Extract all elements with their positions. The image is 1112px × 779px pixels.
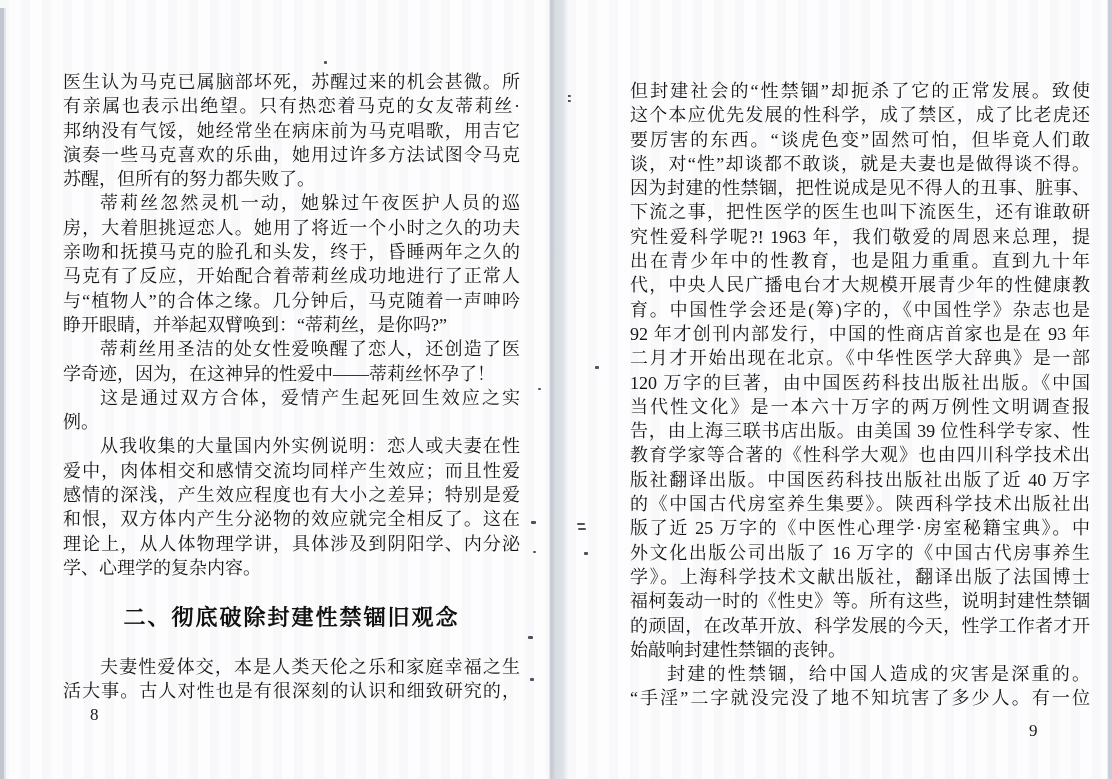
text-line: 学奇迹，因为，在这神异的性爱中——蒂莉丝怀孕了！ (63, 362, 520, 386)
text-line: 蒂莉丝忽然灵机一动，她躲过午夜医护人员的巡 (63, 191, 520, 215)
scan-speck (584, 552, 588, 555)
text-line: 的顽固，在改革开放、科学发展的今天，性学工作者才开 (630, 614, 1090, 638)
book-gutter-shadow (549, 0, 568, 779)
text-line: 夫妻性爱体交，本是人类天伦之乐和家庭幸福之生 (63, 655, 520, 679)
text-line: 从我收集的大量国内外实例说明：恋人或夫妻在性 (63, 434, 520, 458)
text-line: 版社翻译出版。中国医药科技出版社出版了近 40 万字 (630, 468, 1090, 492)
text-line: 医生认为马克已属脑部坏死，苏醒过来的机会甚微。所 (63, 70, 520, 94)
text-line: 版了近 25 万字的《中医性心理学·房室秘籍宝典》。中 (630, 516, 1090, 540)
text-line: 92 年才创刊内部发行，中国的性商店首家也是在 93 年 (630, 322, 1090, 346)
text-line: 始敲响封建性禁锢的丧钟。 (630, 638, 1090, 662)
scan-speck (538, 388, 541, 390)
text-line: 究性爱科学呢?! 1963 年，我们敬爱的周恩来总理，提 (630, 225, 1090, 249)
text-line: 活大事。古人对性也是有很深刻的认识和细致研究的， (63, 679, 520, 703)
text-line: 因为封建的性禁锢，把性说成是见不得人的丑事、脏事、 (630, 176, 1090, 200)
text-line: 下流之事，把性医学的医生也叫下流医生，还有谁敢研 (630, 200, 1090, 224)
text-line: 告，由上海三联书店出版。由美国 39 位性科学专家、性 (630, 419, 1090, 443)
text-line: 二月才开始出现在北京。《中华性医学大辞典》是一部 (630, 346, 1090, 370)
text-line: 谈，对“性”却谈都不敢谈，就是夫妻也是做得谈不得。 (630, 152, 1090, 176)
page-left-text-block: 医生认为马克已属脑部坏死，苏醒过来的机会甚微。所有亲属也表示出绝望。只有热恋着马… (63, 70, 520, 580)
section-heading: 二、彻底破除封建性禁锢旧观念 (63, 600, 520, 636)
text-line: 福柯轰动一时的《性史》等。所有这些，说明封建性禁锢 (630, 589, 1090, 613)
text-line: 教育学家等合著的《性科学大观》也由四川科学技术出 (630, 443, 1090, 467)
scan-speck (595, 366, 599, 369)
text-line: 蒂莉丝用圣洁的处女性爱唤醒了恋人，还创造了医 (63, 337, 520, 361)
text-line: 邦纳没有气馁，她经常坐在病床前为马克唱歌，用吉它 (63, 119, 520, 143)
text-line: 有亲属也表示出绝望。只有热恋着马克的女友蒂莉丝· (63, 94, 520, 118)
text-line: 亲吻和抚摸马克的脸孔和头发，终于，昏睡两年之久的 (63, 240, 520, 264)
text-line: 苏醒，但所有的努力都失败了。 (63, 167, 520, 191)
text-line: 和恨，双方体内产生分泌物的效应就完全相反了。这在 (63, 507, 520, 531)
text-line: 要厉害的东西。“谈虎色变”固然可怕，但毕竟人们敢 (630, 128, 1090, 152)
text-line: 房，大着胆挑逗恋人。她用了将近一个小时之久的功夫 (63, 216, 520, 240)
text-line: 出在青少年中的性教育，也是阻力重重。直到九十年 (630, 249, 1090, 273)
text-line: 马克有了反应，开始配合着蒂莉丝成功地进行了正常人 (63, 264, 520, 288)
text-line: 的《中国古代房室养生集要》。陕西科学技术出版社出 (630, 492, 1090, 516)
page-number-left: 8 (90, 703, 99, 727)
text-line: 学》。上海科学技术文献出版社，翻译出版了法国博士 (630, 565, 1090, 589)
scan-speck (577, 523, 585, 525)
text-line: 演奏一些马克喜欢的乐曲，她用过许多方法试图令马克 (63, 143, 520, 167)
text-line: 当代性文化》是一本六十万字的两万例性文明调查报 (630, 395, 1090, 419)
text-line: 外文化出版公司出版了 16 万字的《中国古代房事养生 (630, 541, 1090, 565)
text-line: 爱中，肉体相交和感情交流均同样产生效应；而且性爱 (63, 459, 520, 483)
text-line: 感情的深浅，产生效应程度也有大小之差异；特别是爱 (63, 483, 520, 507)
scan-right-edge-strip (1107, 0, 1112, 779)
page-left-after-heading-block: 夫妻性爱体交，本是人类天伦之乐和家庭幸福之生活大事。古人对性也是有很深刻的认识和… (63, 655, 520, 704)
page-right-text-block: 但封建社会的“性禁锢”却扼杀了它的正常发展。致使这个本应优先发展的性科学，成了禁… (630, 79, 1090, 711)
text-line: 封建的性禁锢，给中国人造成的灾害是深重的。 (630, 662, 1090, 686)
text-line: 育。中国性学会还是(筹)字的，《中国性学》杂志也是 (630, 298, 1090, 322)
scan-speck (578, 528, 586, 530)
scan-speck (528, 636, 533, 639)
scan-speck (531, 521, 536, 524)
text-line: 睁开眼睛，并举起双臂唤到：“蒂莉丝，是你吗?” (63, 313, 520, 337)
text-line: 这是通过双方合体，爱情产生起死回生效应之实 (63, 386, 520, 410)
text-line: 这个本应优先发展的性科学，成了禁区，成了比老虎还 (630, 103, 1090, 127)
scan-speck (533, 551, 536, 553)
text-line: 学、心理学的复杂内容。 (63, 556, 520, 580)
scan-speck (324, 61, 327, 64)
text-line: 理论上，从人体物理学讲，具体涉及到阴阳学、内分泌 (63, 532, 520, 556)
scan-speck (530, 678, 534, 681)
text-line: 120 万字的巨著，由中国医药科技出版社出版。《中国 (630, 371, 1090, 395)
scan-left-edge-strip (0, 8, 6, 779)
text-line: “手淫”二字就没完没了地不知坑害了多少人。有一位 (630, 686, 1090, 710)
text-line: 但封建社会的“性禁锢”却扼杀了它的正常发展。致使 (630, 79, 1090, 103)
text-line: 例。 (63, 410, 520, 434)
page-number-right: 9 (1029, 719, 1038, 743)
text-line: 代，中央人民广播电台才大规模开展青少年的性健康教 (630, 273, 1090, 297)
text-line: 与“植物人”的合体之缘。几分钟后，马克随着一声呻吟 (63, 289, 520, 313)
